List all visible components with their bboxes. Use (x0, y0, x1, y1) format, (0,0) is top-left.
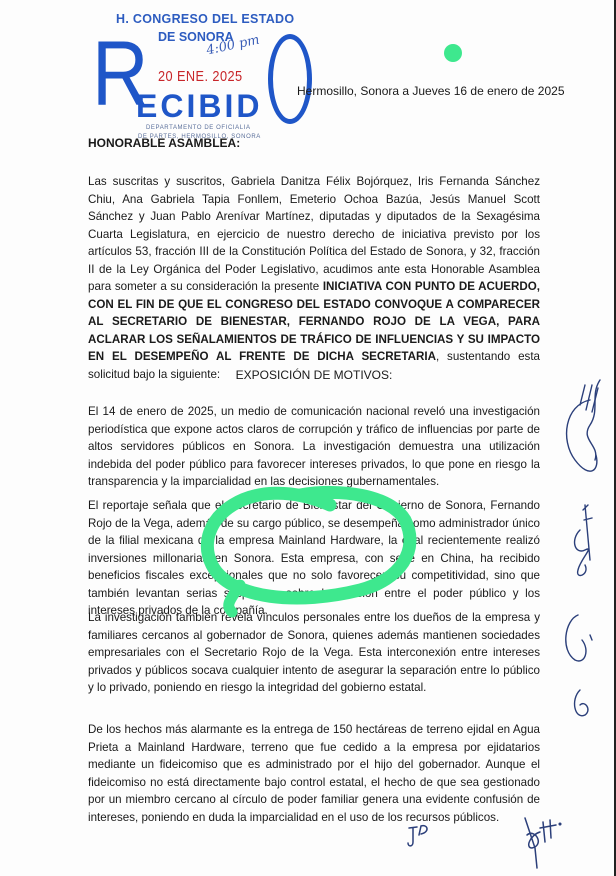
margin-signatures (566, 380, 600, 716)
initials-jmf (525, 818, 561, 868)
initials-jp (408, 826, 427, 846)
document-page: H. CONGRESO DEL ESTADO DE SONORA 4:00 pm… (0, 0, 616, 876)
handwritten-overlay (0, 0, 616, 876)
